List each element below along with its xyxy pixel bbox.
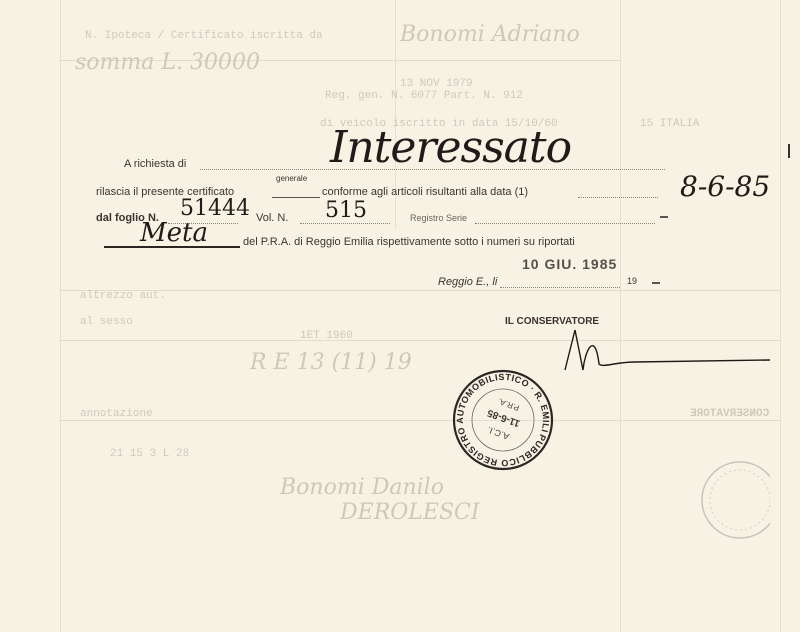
- pra-official-stamp-icon: PUBBLICO REGISTRO AUTOMOBILISTICO · R. E…: [448, 365, 558, 475]
- officer-signature-icon: [555, 290, 785, 380]
- handwritten-date: 8-6-85: [680, 170, 770, 203]
- ghost-text: 1ET 1960: [300, 330, 353, 342]
- ghost-text: R E 13 (11) 19: [250, 350, 412, 375]
- ghost-text: 21 15 3 L 28: [110, 448, 189, 460]
- request-label: A richiesta di: [124, 158, 186, 170]
- register-label: Registro Serie: [410, 213, 467, 223]
- ghost-text: DEROLESCI: [340, 500, 480, 525]
- register-dash: [660, 216, 668, 218]
- volume-value: 515: [325, 198, 367, 223]
- pra-prefix-value: Meta: [140, 218, 208, 248]
- date-stamp: 10 GIU. 1985: [522, 256, 617, 272]
- certificate-type: generale: [276, 174, 307, 183]
- pra-text: del P.R.A. di Reggio Emilia rispettivame…: [243, 236, 575, 248]
- ghost-rule: [60, 0, 61, 632]
- request-value: Interessato: [330, 122, 571, 173]
- ghost-stamp-icon: [690, 455, 770, 545]
- stamp-line-3: P.R.A.: [497, 396, 521, 412]
- ghost-text: al sesso: [80, 316, 133, 328]
- ghost-text: Reg. gen. N. 6077 Part. N. 912: [325, 90, 523, 102]
- ghost-text: somma L. 30000: [75, 50, 260, 75]
- register-line: [475, 223, 655, 224]
- ghost-text: N. Ipoteca / Certificato iscritta da: [85, 30, 323, 42]
- place-date-line: [500, 287, 620, 288]
- stamp-line-1: A.C.I.: [486, 425, 511, 442]
- place-label: Reggio E., li: [438, 276, 497, 288]
- ghost-text: 13 NOV 1979: [400, 78, 473, 90]
- certificate-type-line: [272, 197, 320, 198]
- ghost-stamp-text: CONSERVATORE: [690, 408, 769, 420]
- ghost-text: Bonomi Adriano: [400, 22, 580, 47]
- document-page: N. Ipoteca / Certificato iscritta da Bon…: [0, 0, 800, 632]
- year-dash: [652, 282, 660, 284]
- year-prefix: 19: [627, 276, 637, 286]
- ghost-text: Bonomi Danilo: [280, 475, 444, 500]
- issue-date-line: [578, 197, 658, 198]
- volume-label: Vol. N.: [256, 212, 288, 224]
- issue-suffix: conforme agli articoli risultanti alla d…: [322, 186, 528, 198]
- ghost-text: annotazione: [80, 408, 153, 420]
- edge-mark: [788, 144, 790, 158]
- ghost-text: altrezzo aut.: [80, 290, 166, 302]
- volume-line: [300, 223, 390, 224]
- ghost-rule: [60, 420, 780, 421]
- ghost-text: 15 ITALIA: [640, 118, 699, 130]
